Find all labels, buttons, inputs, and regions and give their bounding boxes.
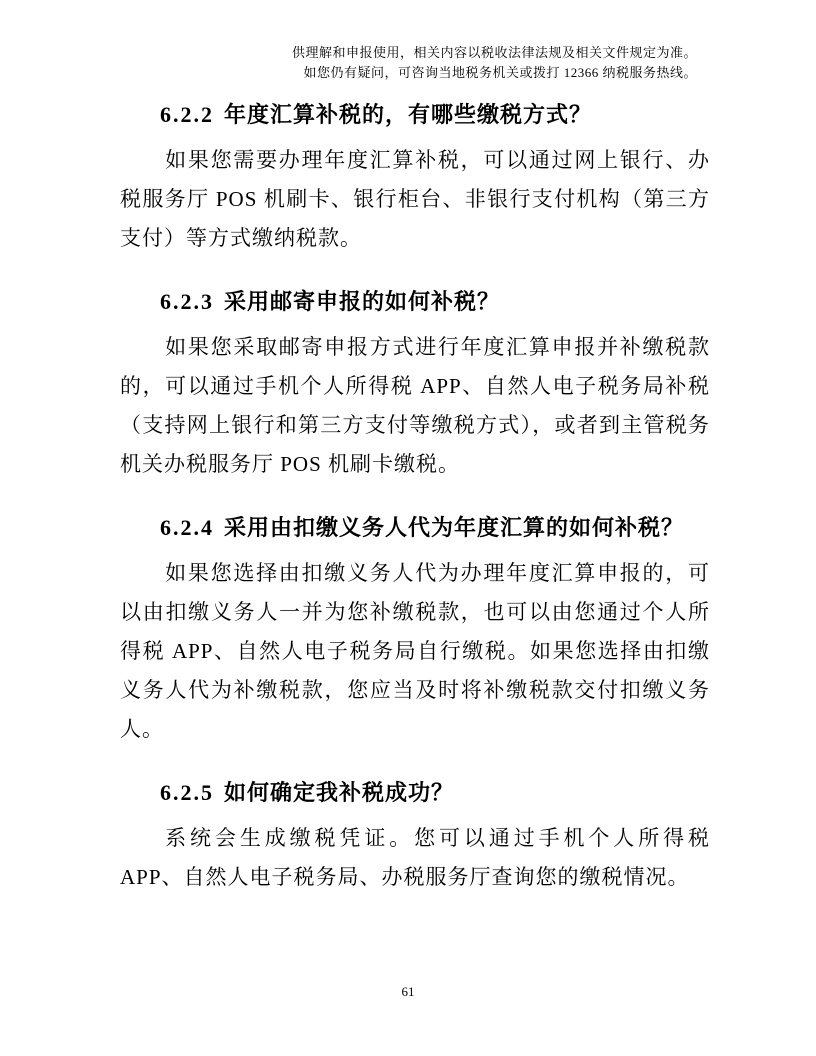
section-heading: 6.2.5如何确定我补税成功？ bbox=[160, 779, 710, 807]
page-header: 供理解和申报使用，相关内容以税收法律法规及相关文件规定为准。 如您仍有疑问，可咨… bbox=[292, 43, 697, 83]
section-paragraph: 如果您需要办理年度汇算补税，可以通过网上银行、办税服务厅 POS 机刷卡、银行柜… bbox=[120, 141, 710, 258]
document-page: 供理解和申报使用，相关内容以税收法律法规及相关文件规定为准。 如您仍有疑问，可咨… bbox=[0, 0, 816, 1056]
header-disclaimer-line-1: 供理解和申报使用，相关内容以税收法律法规及相关文件规定为准。 bbox=[292, 43, 697, 63]
page-number: 61 bbox=[402, 984, 415, 999]
header-disclaimer-line-2: 如您仍有疑问，可咨询当地税务机关或拨打 12366 纳税服务热线。 bbox=[292, 63, 697, 83]
section-number: 6.2.3 bbox=[160, 289, 214, 314]
section-title: 如何确定我补税成功？ bbox=[224, 780, 454, 805]
section-paragraph: 如果您采取邮寄申报方式进行年度汇算申报并补缴税款的，可以通过手机个人所得税 AP… bbox=[120, 328, 710, 484]
section-paragraph: 如果您选择由扣缴义务人代为办理年度汇算申报的，可以由扣缴义务人一并为您补缴税款，… bbox=[120, 554, 710, 749]
section-6-2-4: 6.2.4采用由扣缴义务人代为年度汇算的如何补税？ 如果您选择由扣缴义务人代为办… bbox=[120, 514, 710, 749]
section-heading: 6.2.4采用由扣缴义务人代为年度汇算的如何补税？ bbox=[160, 514, 710, 542]
section-6-2-3: 6.2.3采用邮寄申报的如何补税？ 如果您采取邮寄申报方式进行年度汇算申报并补缴… bbox=[120, 288, 710, 484]
section-title: 采用邮寄申报的如何补税？ bbox=[224, 289, 500, 314]
section-6-2-2: 6.2.2年度汇算补税的，有哪些缴税方式？ 如果您需要办理年度汇算补税，可以通过… bbox=[120, 101, 710, 258]
document-content: 6.2.2年度汇算补税的，有哪些缴税方式？ 如果您需要办理年度汇算补税，可以通过… bbox=[120, 101, 710, 897]
section-number: 6.2.5 bbox=[160, 780, 214, 805]
page-footer: 61 bbox=[0, 984, 816, 1000]
section-title: 采用由扣缴义务人代为年度汇算的如何补税？ bbox=[224, 515, 684, 540]
section-6-2-5: 6.2.5如何确定我补税成功？ 系统会生成缴税凭证。您可以通过手机个人所得税 A… bbox=[120, 779, 710, 897]
section-heading: 6.2.2年度汇算补税的，有哪些缴税方式？ bbox=[160, 101, 710, 129]
section-number: 6.2.4 bbox=[160, 515, 214, 540]
section-heading: 6.2.3采用邮寄申报的如何补税？ bbox=[160, 288, 710, 316]
section-title: 年度汇算补税的，有哪些缴税方式？ bbox=[224, 102, 592, 127]
section-paragraph: 系统会生成缴税凭证。您可以通过手机个人所得税 APP、自然人电子税务局、办税服务… bbox=[120, 819, 710, 897]
section-number: 6.2.2 bbox=[160, 102, 214, 127]
